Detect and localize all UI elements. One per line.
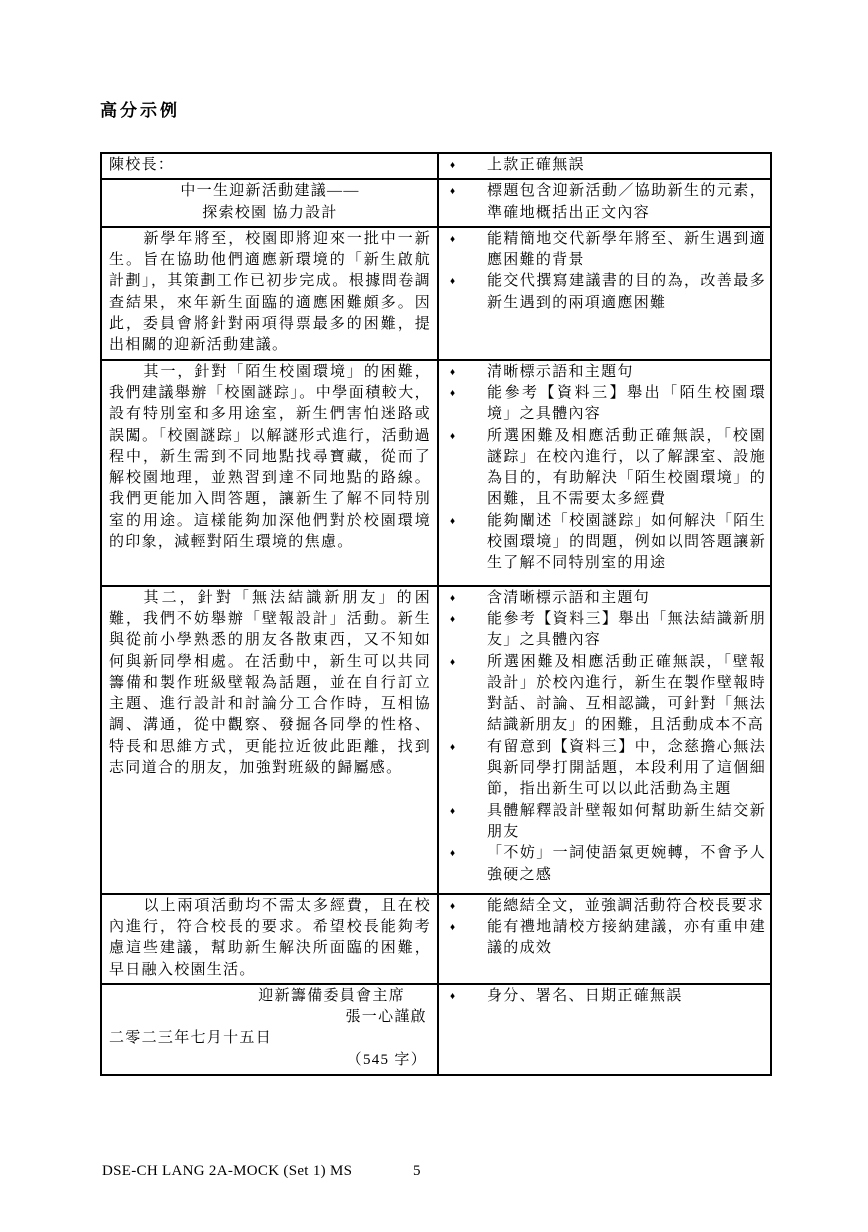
comment-list: ♦含清晰標示語和主題句♦能參考【資料三】舉出「無法結識新朋友」之具體內容♦所選困…	[441, 588, 766, 886]
essay-line: 探索校園 協力設計	[109, 203, 431, 224]
comment-text: 能參考【資料三】舉出「無法結識新朋友」之具體內容	[487, 611, 766, 648]
page-title: 高分示例	[100, 96, 180, 121]
comment-item: ♦清晰標示語和主題句	[441, 362, 766, 383]
comment-list: ♦上款正確無誤	[441, 155, 766, 176]
document-page: 高分示例 陳校長：♦上款正確無誤中一生迎新活動建議——探索校園 協力設計♦標題包…	[0, 0, 868, 1232]
comment-text: 上款正確無誤	[487, 157, 585, 173]
comment-item: ♦能有禮地請校方接納建議，亦有重申建議的成效	[441, 917, 766, 960]
essay-cell: 其二，針對「無法結識新朋友」的困難，我們不妨舉辦「壁報設計」活動。新生與從前小學…	[101, 586, 438, 894]
footer-doc-code: DSE-CH LANG 2A-MOCK (Set 1) MS	[102, 1163, 352, 1180]
diamond-bullet-icon: ♦	[450, 511, 455, 532]
comment-item: ♦能夠闡述「校園謎踪」如何解決「陌生校園環境」的問題，例如以問答題讓新生了解不同…	[441, 511, 766, 575]
diamond-bullet-icon: ♦	[450, 609, 455, 630]
comment-text: 含清晰標示語和主題句	[487, 590, 650, 606]
footer-page-number: 5	[413, 1163, 421, 1180]
table-row: 陳校長：♦上款正確無誤	[101, 153, 771, 179]
essay-line: 張一心謹啟	[109, 1007, 431, 1028]
comment-item: ♦具體解釋設計壁報如何幫助新生結交新朋友	[441, 801, 766, 844]
table-row: 其二，針對「無法結識新朋友」的困難，我們不妨舉辦「壁報設計」活動。新生與從前小學…	[101, 586, 771, 894]
comments-cell: ♦能總結全文，並強調活動符合校長要求♦能有禮地請校方接納建議，亦有重申建議的成效	[438, 894, 771, 984]
essay-cell: 迎新籌備委員會主席張一心謹啟二零二三年七月十五日（545 字）	[101, 984, 438, 1075]
diamond-bullet-icon: ♦	[450, 652, 455, 673]
essay-line: 中一生迎新活動建議——	[109, 181, 431, 202]
comment-text: 能有禮地請校方接納建議，亦有重申建議的成效	[487, 919, 766, 956]
comment-item: ♦能交代撰寫建議書的目的為，改善最多新生遇到的兩項適應困難	[441, 271, 766, 314]
comment-item: ♦能精簡地交代新學年將至、新生遇到適應困難的背景	[441, 229, 766, 272]
essay-paragraph: 新學年將至，校園即將迎來一批中一新生。旨在協助他們適應新環境的「新生啟航計劃」，…	[109, 229, 431, 357]
comment-text: 所選困難及相應活動正確無誤，「壁報設計」於校內進行，新生在製作壁報時對話、討論、…	[487, 654, 766, 734]
comment-text: 能總結全文，並強調活動符合校長要求	[487, 898, 764, 914]
comment-list: ♦清晰標示語和主題句♦能參考【資料三】舉出「陌生校園環境」之具體內容♦所選困難及…	[441, 362, 766, 575]
diamond-bullet-icon: ♦	[450, 986, 455, 1007]
comment-item: ♦能總結全文，並強調活動符合校長要求	[441, 896, 766, 917]
comment-list: ♦標題包含迎新活動／協助新生的元素，準確地概括出正文內容	[441, 181, 766, 224]
diamond-bullet-icon: ♦	[450, 229, 455, 250]
comment-item: ♦含清晰標示語和主題句	[441, 588, 766, 609]
table-row: 迎新籌備委員會主席張一心謹啟二零二三年七月十五日（545 字）♦身分、署名、日期…	[101, 984, 771, 1075]
comment-text: 能交代撰寫建議書的目的為，改善最多新生遇到的兩項適應困難	[487, 273, 766, 310]
essay-paragraph: 其二，針對「無法結識新朋友」的困難，我們不妨舉辦「壁報設計」活動。新生與從前小學…	[109, 588, 431, 780]
comment-item: ♦所選困難及相應活動正確無誤，「壁報設計」於校內進行，新生在製作壁報時對話、討論…	[441, 652, 766, 737]
diamond-bullet-icon: ♦	[450, 426, 455, 447]
comments-cell: ♦標題包含迎新活動／協助新生的元素，準確地概括出正文內容	[438, 179, 771, 227]
comment-item: ♦能參考【資料三】舉出「無法結識新朋友」之具體內容	[441, 609, 766, 652]
comment-text: 所選困難及相應活動正確無誤，「校園謎踪」在校內進行，以了解課室、設施為目的，有助…	[487, 428, 766, 508]
table-row: 其一，針對「陌生校園環境」的困難，我們建議舉辦「校園謎踪」。中學面積較大，設有特…	[101, 360, 771, 586]
comments-cell: ♦上款正確無誤	[438, 153, 771, 179]
comment-text: 能精簡地交代新學年將至、新生遇到適應困難的背景	[487, 231, 766, 268]
essay-line: 二零二三年七月十五日	[109, 1028, 431, 1049]
essay-line: 陳校長：	[109, 155, 431, 176]
comment-text: 「不妨」一詞使語氣更婉轉，不會予人強硬之感	[487, 845, 766, 882]
essay-cell: 新學年將至，校園即將迎來一批中一新生。旨在協助他們適應新環境的「新生啟航計劃」，…	[101, 227, 438, 360]
comments-cell: ♦身分、署名、日期正確無誤	[438, 984, 771, 1075]
comment-text: 清晰標示語和主題句	[487, 364, 634, 380]
comment-item: ♦標題包含迎新活動／協助新生的元素，準確地概括出正文內容	[441, 181, 766, 224]
diamond-bullet-icon: ♦	[450, 917, 455, 938]
comment-item: ♦有留意到【資料三】中，念慈擔心無法與新同學打開話題，本段利用了這個細節，指出新…	[441, 737, 766, 801]
table-row: 以上兩項活動均不需太多經費，且在校內進行，符合校長的要求。希望校長能夠考慮這些建…	[101, 894, 771, 984]
comment-text: 身分、署名、日期正確無誤	[487, 988, 683, 1004]
comment-list: ♦身分、署名、日期正確無誤	[441, 986, 766, 1007]
essay-line: 迎新籌備委員會主席	[109, 986, 431, 1007]
diamond-bullet-icon: ♦	[450, 362, 455, 383]
diamond-bullet-icon: ♦	[450, 181, 455, 202]
table-row: 新學年將至，校園即將迎來一批中一新生。旨在協助他們適應新環境的「新生啟航計劃」，…	[101, 227, 771, 360]
essay-paragraph: 以上兩項活動均不需太多經費，且在校內進行，符合校長的要求。希望校長能夠考慮這些建…	[109, 896, 431, 981]
comment-list: ♦能精簡地交代新學年將至、新生遇到適應困難的背景♦能交代撰寫建議書的目的為，改善…	[441, 229, 766, 314]
comment-item: ♦上款正確無誤	[441, 155, 766, 176]
comment-text: 能參考【資料三】舉出「陌生校園環境」之具體內容	[487, 385, 766, 422]
page-footer: DSE-CH LANG 2A-MOCK (Set 1) MS 5	[100, 1163, 770, 1185]
comment-text: 有留意到【資料三】中，念慈擔心無法與新同學打開話題，本段利用了這個細節，指出新生…	[487, 739, 766, 798]
diamond-bullet-icon: ♦	[450, 737, 455, 758]
comment-text: 能夠闡述「校園謎踪」如何解決「陌生校園環境」的問題，例如以問答題讓新生了解不同特…	[487, 513, 766, 572]
comment-list: ♦能總結全文，並強調活動符合校長要求♦能有禮地請校方接納建議，亦有重申建議的成效	[441, 896, 766, 960]
comments-cell: ♦含清晰標示語和主題句♦能參考【資料三】舉出「無法結識新朋友」之具體內容♦所選困…	[438, 586, 771, 894]
comment-item: ♦所選困難及相應活動正確無誤，「校園謎踪」在校內進行，以了解課室、設施為目的，有…	[441, 426, 766, 511]
essay-cell: 中一生迎新活動建議——探索校園 協力設計	[101, 179, 438, 227]
comment-item: ♦身分、署名、日期正確無誤	[441, 986, 766, 1007]
diamond-bullet-icon: ♦	[450, 383, 455, 404]
essay-paragraph: 其一，針對「陌生校園環境」的困難，我們建議舉辦「校園謎踪」。中學面積較大，設有特…	[109, 362, 431, 554]
diamond-bullet-icon: ♦	[450, 271, 455, 292]
comment-text: 具體解釋設計壁報如何幫助新生結交新朋友	[487, 803, 766, 840]
diamond-bullet-icon: ♦	[450, 588, 455, 609]
comment-item: ♦「不妨」一詞使語氣更婉轉，不會予人強硬之感	[441, 843, 766, 886]
essay-cell: 以上兩項活動均不需太多經費，且在校內進行，符合校長的要求。希望校長能夠考慮這些建…	[101, 894, 438, 984]
diamond-bullet-icon: ♦	[450, 155, 455, 176]
diamond-bullet-icon: ♦	[450, 896, 455, 917]
diamond-bullet-icon: ♦	[450, 843, 455, 864]
marking-scheme-table: 陳校長：♦上款正確無誤中一生迎新活動建議——探索校園 協力設計♦標題包含迎新活動…	[100, 152, 772, 1076]
essay-line: （545 字）	[109, 1050, 431, 1071]
essay-cell: 陳校長：	[101, 153, 438, 179]
comment-text: 標題包含迎新活動／協助新生的元素，準確地概括出正文內容	[487, 183, 766, 220]
table-row: 中一生迎新活動建議——探索校園 協力設計♦標題包含迎新活動／協助新生的元素，準確…	[101, 179, 771, 227]
comments-cell: ♦清晰標示語和主題句♦能參考【資料三】舉出「陌生校園環境」之具體內容♦所選困難及…	[438, 360, 771, 586]
comments-cell: ♦能精簡地交代新學年將至、新生遇到適應困難的背景♦能交代撰寫建議書的目的為，改善…	[438, 227, 771, 360]
comment-item: ♦能參考【資料三】舉出「陌生校園環境」之具體內容	[441, 383, 766, 426]
diamond-bullet-icon: ♦	[450, 801, 455, 822]
essay-cell: 其一，針對「陌生校園環境」的困難，我們建議舉辦「校園謎踪」。中學面積較大，設有特…	[101, 360, 438, 586]
